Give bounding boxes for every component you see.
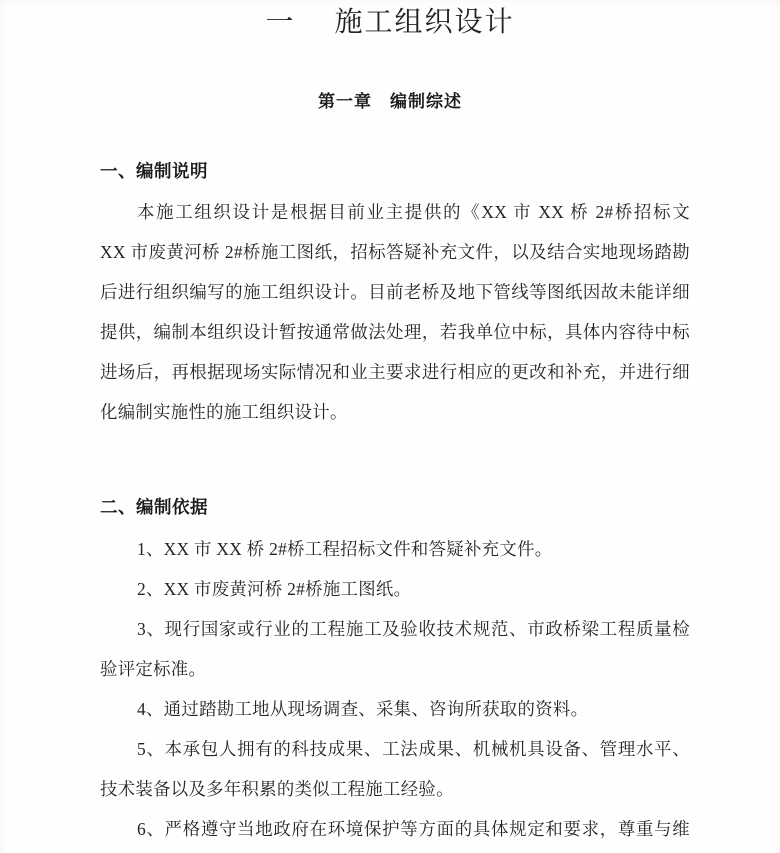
section-1-paragraph: 本施工组织设计是根据目前业主提供的《XX 市 XX 桥 2#桥招标文件》， XX… [100, 192, 690, 432]
paragraph-line: 提供，编制本组织设计暂按通常做法处理，若我单位中标，具体内容待中标 [100, 312, 690, 352]
section-2-list: 1、XX 市 XX 桥 2#桥工程招标文件和答疑补充文件。 2、XX 市废黄河桥… [100, 529, 690, 849]
list-item-line: 1、XX 市 XX 桥 2#桥工程招标文件和答疑补充文件。 [100, 529, 690, 569]
list-item-line: 3、现行国家或行业的工程施工及验收技术规范、市政桥梁工程质量检 [100, 609, 690, 649]
paragraph-line: 本施工组织设计是根据目前业主提供的《XX 市 XX 桥 2#桥招标文件》， [100, 192, 690, 232]
document-title: 一 施工组织设计 [0, 0, 780, 46]
section-heading-2: 二、编制依据 [100, 487, 690, 527]
document-page: 一 施工组织设计 第一章 编制综述 一、编制说明 本施工组织设计是根据目前业主提… [0, 0, 780, 853]
paragraph-line: XX 市废黄河桥 2#桥施工图纸，招标答疑补充文件，以及结合实地现场踏勘 [100, 232, 690, 272]
list-item-line: 4、通过踏勘工地从现场调查、采集、咨询所获取的资料。 [100, 689, 690, 729]
paragraph-line: 化编制实施性的施工组织设计。 [100, 392, 690, 432]
paragraph-line: 后进行组织编写的施工组织设计。目前老桥及地下管线等图纸因故未能详细 [100, 272, 690, 312]
list-item-line: 技术装备以及多年积累的类似工程施工经验。 [100, 769, 690, 809]
chapter-heading: 第一章 编制综述 [0, 82, 780, 122]
list-item-line: 6、严格遵守当地政府在环境保护等方面的具体规定和要求，尊重与维 [100, 809, 690, 849]
paragraph-line: 进场后，再根据现场实际情况和业主要求进行相应的更改和补充，并进行细 [100, 352, 690, 392]
section-heading-1: 一、编制说明 [100, 151, 690, 191]
list-item-line: 2、XX 市废黄河桥 2#桥施工图纸。 [100, 569, 690, 609]
list-item-line: 5、本承包人拥有的科技成果、工法成果、机械机具设备、管理水平、 [100, 729, 690, 769]
list-item-line: 验评定标准。 [100, 649, 690, 689]
